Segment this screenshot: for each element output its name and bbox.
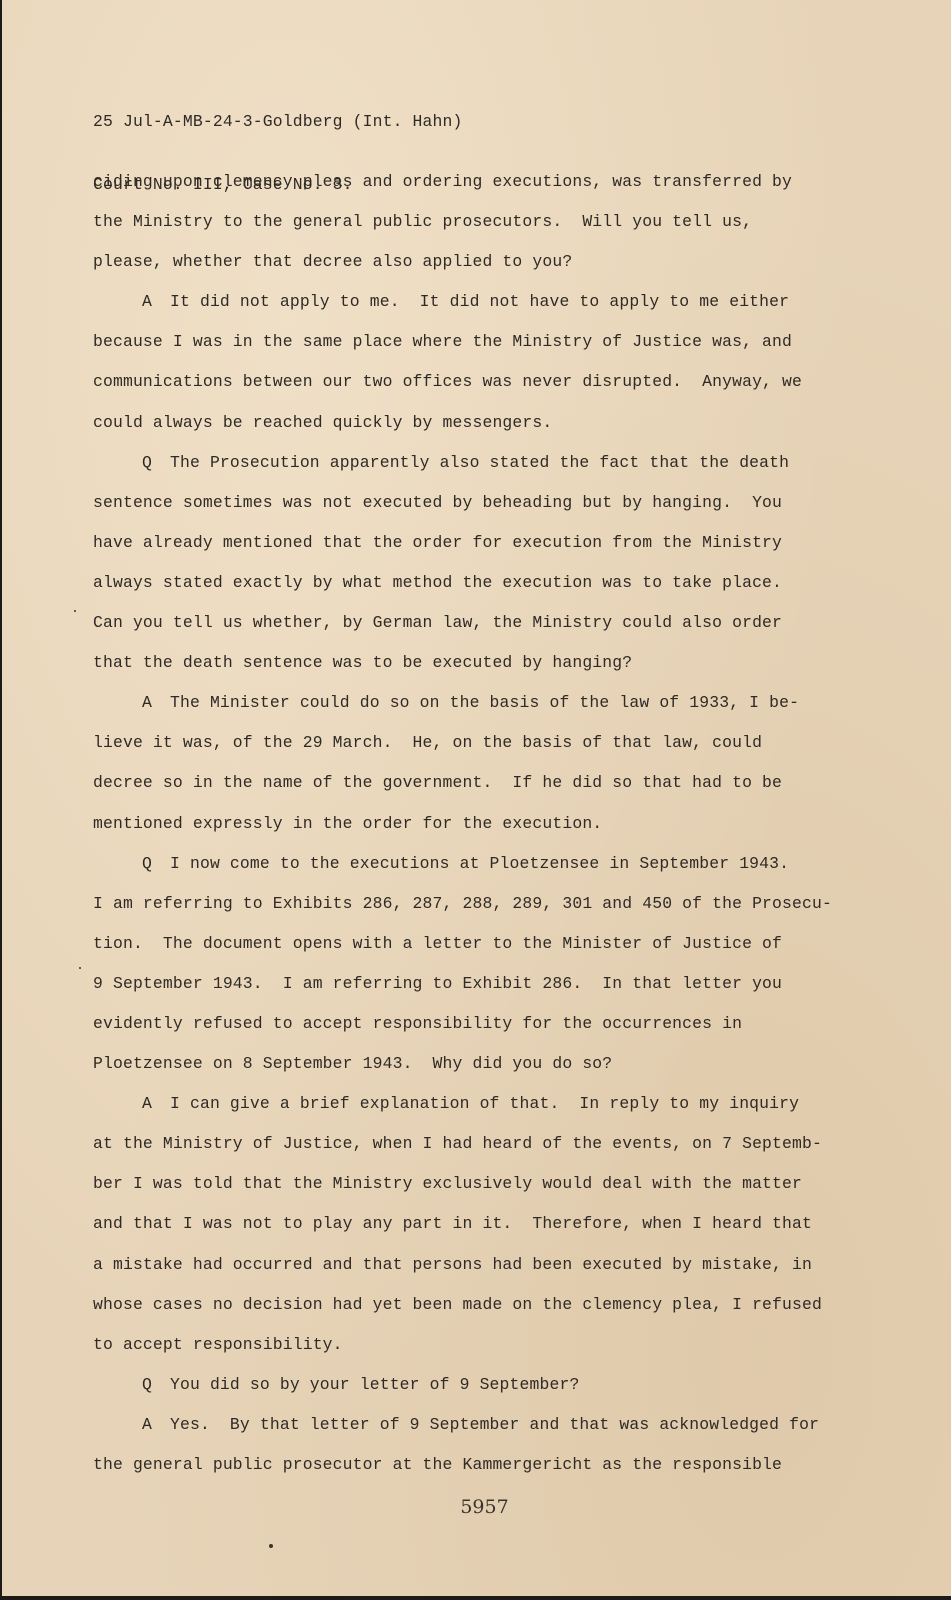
transcript-body: ciding upon clemency pleas and ordering … [93, 168, 853, 1491]
transcript-line: AYes. By that letter of 9 September and … [93, 1411, 853, 1451]
transcript-line: please, whether that decree also applied… [93, 248, 853, 288]
transcript-line: and that I was not to play any part in i… [93, 1210, 853, 1250]
ink-speck [269, 1544, 273, 1548]
speaker-label: Q [142, 1371, 170, 1399]
header-line-1: 25 Jul-A-MB-24-3-Goldberg (Int. Hahn) [93, 111, 462, 132]
transcript-line: the general public prosecutor at the Kam… [93, 1451, 853, 1491]
line-text: I can give a brief explanation of that. … [170, 1094, 799, 1113]
speaker-label: A [142, 1411, 170, 1439]
speaker-label: Q [142, 850, 170, 878]
line-text: decree so in the name of the government.… [93, 773, 782, 792]
line-text: lieve it was, of the 29 March. He, on th… [93, 733, 762, 752]
line-text: the Ministry to the general public prose… [93, 212, 752, 231]
transcript-line: AI can give a brief explanation of that.… [93, 1090, 853, 1130]
transcript-line: always stated exactly by what method the… [93, 569, 853, 609]
transcript-line: 9 September 1943. I am referring to Exhi… [93, 970, 853, 1010]
transcript-line: AIt did not apply to me. It did not have… [93, 288, 853, 328]
line-text: that the death sentence was to be execut… [93, 653, 632, 672]
line-text: evidently refused to accept responsibili… [93, 1014, 742, 1033]
line-text: mentioned expressly in the order for the… [93, 814, 602, 833]
transcript-line: Ploetzensee on 8 September 1943. Why did… [93, 1050, 853, 1090]
line-text: ber I was told that the Ministry exclusi… [93, 1174, 802, 1193]
speaker-label: A [142, 689, 170, 717]
speaker-label: A [142, 288, 170, 316]
line-text: Can you tell us whether, by German law, … [93, 613, 782, 632]
transcript-line: because I was in the same place where th… [93, 328, 853, 368]
line-text: at the Ministry of Justice, when I had h… [93, 1134, 822, 1153]
line-text: the general public prosecutor at the Kam… [93, 1455, 782, 1474]
transcript-line: evidently refused to accept responsibili… [93, 1010, 853, 1050]
line-text: could always be reached quickly by messe… [93, 413, 552, 432]
transcript-line: I am referring to Exhibits 286, 287, 288… [93, 890, 853, 930]
transcript-line: Can you tell us whether, by German law, … [93, 609, 853, 649]
line-text: sentence sometimes was not executed by b… [93, 493, 782, 512]
ink-speck [74, 610, 76, 612]
line-text: I am referring to Exhibits 286, 287, 288… [93, 894, 832, 913]
transcript-line: that the death sentence was to be execut… [93, 649, 853, 689]
transcript-line: communications between our two offices w… [93, 368, 853, 408]
line-text: a mistake had occurred and that persons … [93, 1255, 812, 1274]
transcript-line: the Ministry to the general public prose… [93, 208, 853, 248]
line-text: The Prosecution apparently also stated t… [170, 453, 789, 472]
transcript-line: have already mentioned that the order fo… [93, 529, 853, 569]
line-text: The Minister could do so on the basis of… [170, 693, 799, 712]
speaker-label: Q [142, 449, 170, 477]
line-text: communications between our two offices w… [93, 372, 802, 391]
transcript-line: ber I was told that the Ministry exclusi… [93, 1170, 853, 1210]
transcript-line: at the Ministry of Justice, when I had h… [93, 1130, 853, 1170]
line-text: have already mentioned that the order fo… [93, 533, 782, 552]
line-text: I now come to the executions at Ploetzen… [170, 854, 789, 873]
line-text: whose cases no decision had yet been mad… [93, 1295, 822, 1314]
line-text: Yes. By that letter of 9 September and t… [170, 1415, 819, 1434]
line-text: please, whether that decree also applied… [93, 252, 572, 271]
line-text: Ploetzensee on 8 September 1943. Why did… [93, 1054, 612, 1073]
ink-speck [79, 967, 81, 969]
page-number: 5957 [2, 1496, 951, 1518]
transcript-line: decree so in the name of the government.… [93, 769, 853, 809]
transcript-line: QI now come to the executions at Ploetze… [93, 850, 853, 890]
transcript-line: lieve it was, of the 29 March. He, on th… [93, 729, 853, 769]
line-text: You did so by your letter of 9 September… [170, 1375, 579, 1394]
transcript-line: could always be reached quickly by messe… [93, 409, 853, 449]
line-text: It did not apply to me. It did not have … [170, 292, 789, 311]
line-text: tion. The document opens with a letter t… [93, 934, 782, 953]
scan-edge [0, 1596, 951, 1600]
document-page: 25 Jul-A-MB-24-3-Goldberg (Int. Hahn) Co… [2, 0, 951, 1596]
transcript-line: ciding upon clemency pleas and ordering … [93, 168, 853, 208]
line-text: and that I was not to play any part in i… [93, 1214, 812, 1233]
transcript-line: mentioned expressly in the order for the… [93, 810, 853, 850]
speaker-label: A [142, 1090, 170, 1118]
transcript-line: whose cases no decision had yet been mad… [93, 1291, 853, 1331]
transcript-line: AThe Minister could do so on the basis o… [93, 689, 853, 729]
transcript-line: to accept responsibility. [93, 1331, 853, 1371]
transcript-line: QYou did so by your letter of 9 Septembe… [93, 1371, 853, 1411]
transcript-line: QThe Prosecution apparently also stated … [93, 449, 853, 489]
line-text: to accept responsibility. [93, 1335, 343, 1354]
line-text: 9 September 1943. I am referring to Exhi… [93, 974, 782, 993]
transcript-line: tion. The document opens with a letter t… [93, 930, 853, 970]
line-text: because I was in the same place where th… [93, 332, 792, 351]
transcript-line: sentence sometimes was not executed by b… [93, 489, 853, 529]
line-text: always stated exactly by what method the… [93, 573, 782, 592]
line-text: ciding upon clemency pleas and ordering … [93, 172, 792, 191]
transcript-line: a mistake had occurred and that persons … [93, 1251, 853, 1291]
